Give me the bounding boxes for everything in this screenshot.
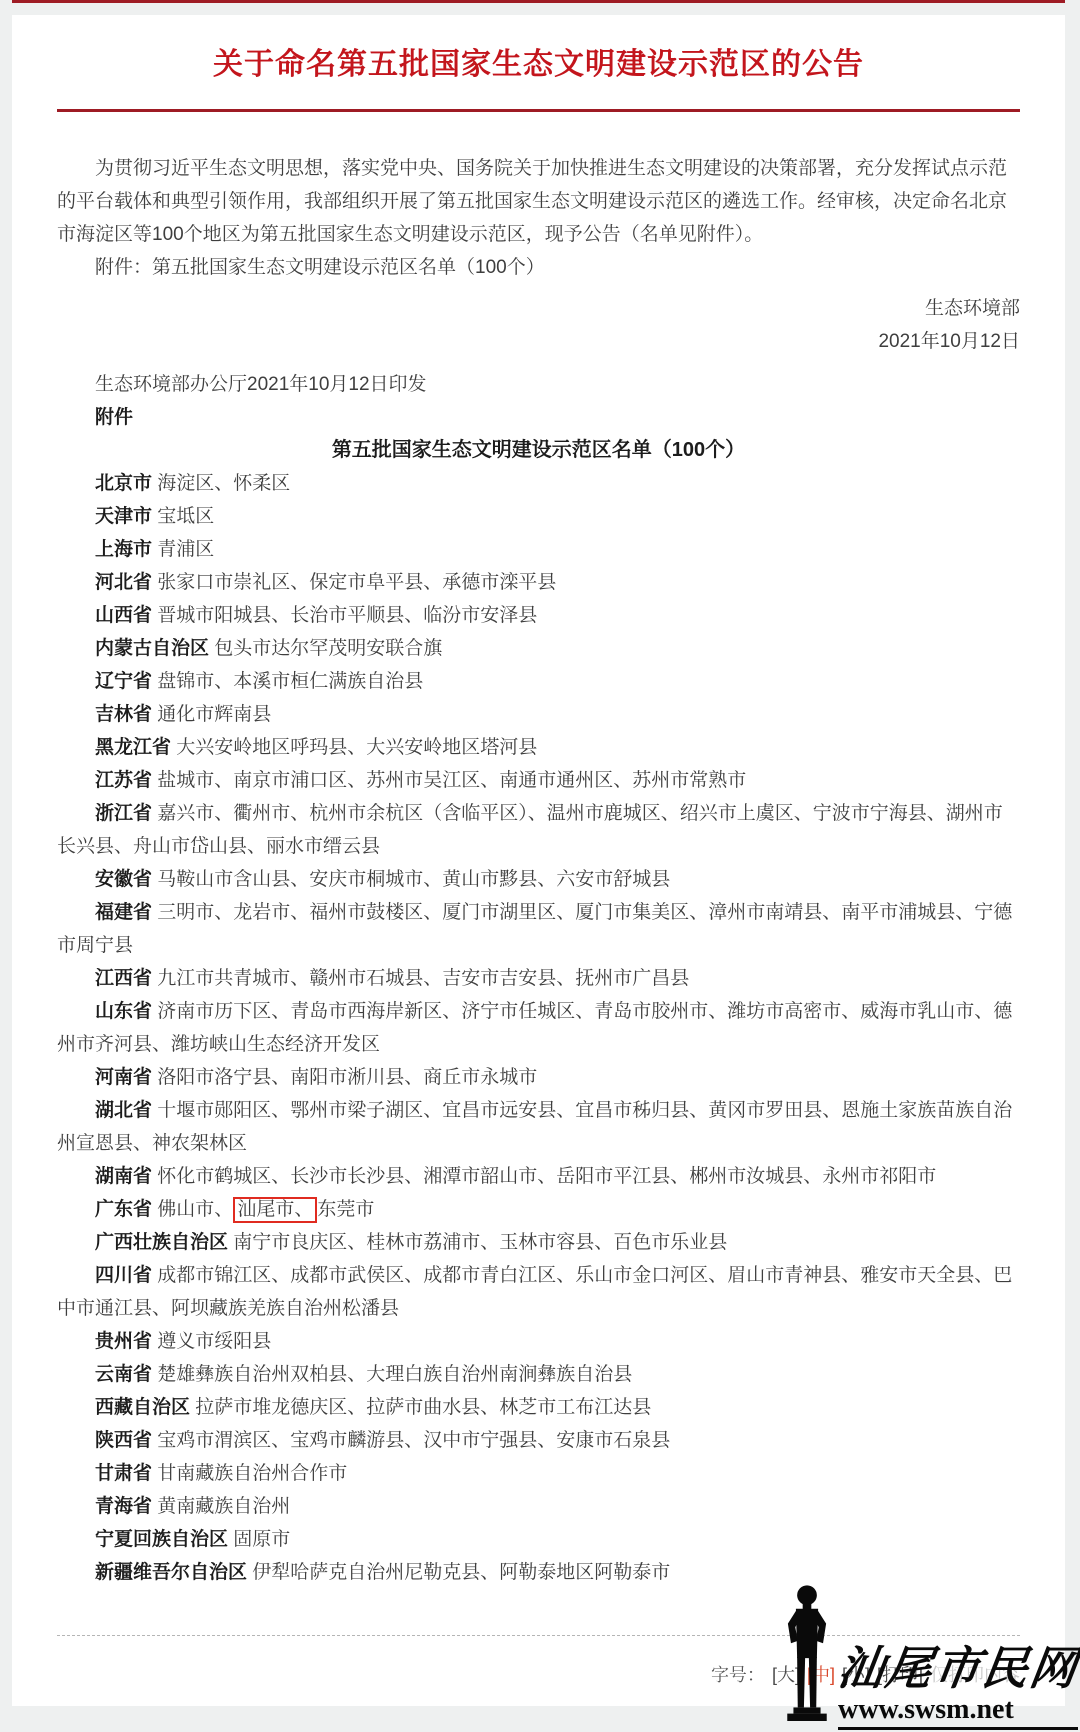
- region-text: 固原市: [233, 1529, 290, 1550]
- signer-name: 生态环境部: [57, 292, 1020, 325]
- province-item: 吉林省 通化市辉南县: [57, 698, 1020, 731]
- region-text: 黄南藏族自治州: [157, 1496, 290, 1517]
- watermark-site-name: 汕尾市民网: [835, 1645, 1080, 1693]
- region-text: 嘉兴市、衢州市、杭州市余杭区（含临平区）、温州市鹿城区、绍兴市上虞区、宁波市宁海…: [57, 803, 1003, 857]
- province-name: 青海省: [95, 1496, 152, 1517]
- province-name: 黑龙江省: [95, 737, 171, 758]
- region-text: 盘锦市、本溪市桓仁满族自治县: [157, 671, 423, 692]
- province-item: 四川省 成都市锦江区、成都市武侯区、成都市青白江区、乐山市金口河区、眉山市青神县…: [57, 1259, 1020, 1325]
- region-text: 怀化市鹤城区、长沙市长沙县、湘潭市韶山市、岳阳市平江县、郴州市汝城县、永州市祁阳…: [157, 1166, 936, 1187]
- region-text: 大兴安岭地区呼玛县、大兴安岭地区塔河县: [176, 737, 537, 758]
- province-name: 上海市: [95, 539, 152, 560]
- page-title: 关于命名第五批国家生态文明建设示范区的公告: [57, 45, 1020, 85]
- province-name: 河北省: [95, 572, 152, 593]
- province-name: 甘肃省: [95, 1463, 152, 1484]
- region-text: 济南市历下区、青岛市西海岸新区、济宁市任城区、青岛市胶州市、潍坊市高密市、威海市…: [57, 1001, 1012, 1055]
- province-item: 陕西省 宝鸡市渭滨区、宝鸡市麟游县、汉中市宁强县、安康市石泉县: [57, 1424, 1020, 1457]
- print-note: 生态环境部办公厅2021年10月12日印发: [57, 368, 1020, 401]
- province-name: 天津市: [95, 506, 152, 527]
- region-text: 南宁市良庆区、桂林市荔浦市、玉林市容县、百色市乐业县: [233, 1232, 727, 1253]
- province-item: 北京市 海淀区、怀柔区: [57, 467, 1020, 500]
- province-name: 云南省: [95, 1364, 152, 1385]
- province-name: 北京市: [95, 473, 152, 494]
- province-item: 天津市 宝坻区: [57, 500, 1020, 533]
- province-item: 广西壮族自治区 南宁市良庆区、桂林市荔浦市、玉林市容县、百色市乐业县: [57, 1226, 1020, 1259]
- province-list: 北京市 海淀区、怀柔区天津市 宝坻区上海市 青浦区河北省 张家口市崇礼区、保定市…: [57, 467, 1020, 1589]
- region-text: 十堰市郧阳区、鄂州市梁子湖区、宜昌市远安县、宜昌市秭归县、黄冈市罗田县、恩施土家…: [57, 1100, 1012, 1154]
- province-name: 山东省: [95, 1001, 152, 1022]
- province-item: 江西省 九江市共青城市、赣州市石城县、吉安市吉安县、抚州市广昌县: [57, 962, 1020, 995]
- attachment-label: 附件: [57, 401, 1020, 434]
- person-silhouette-icon: [770, 1562, 844, 1732]
- province-item: 安徽省 马鞍山市含山县、安庆市桐城市、黄山市黟县、六安市舒城县: [57, 863, 1020, 896]
- province-name: 江西省: [95, 968, 152, 989]
- region-text: 伊犁哈萨克自治州尼勒克县、阿勒泰地区阿勒泰市: [252, 1562, 670, 1583]
- province-name: 广西壮族自治区: [95, 1232, 228, 1253]
- province-name: 四川省: [95, 1265, 152, 1286]
- province-name: 安徽省: [95, 869, 152, 890]
- watermark-site-url: www.swsm.net: [838, 1693, 1078, 1730]
- list-title: 第五批国家生态文明建设示范区名单（100个）: [57, 434, 1020, 467]
- province-name: 湖南省: [95, 1166, 152, 1187]
- highlighted-region: 汕尾市、: [233, 1197, 317, 1223]
- region-text: 东莞市: [317, 1199, 374, 1220]
- signature-block: 生态环境部 2021年10月12日: [57, 292, 1020, 358]
- region-text: 楚雄彝族自治州双柏县、大理白族自治州南涧彝族自治县: [157, 1364, 632, 1385]
- region-text: 成都市锦江区、成都市武侯区、成都市青白江区、乐山市金口河区、眉山市青神县、雅安市…: [57, 1265, 1012, 1319]
- province-name: 吉林省: [95, 704, 152, 725]
- top-red-rule: [12, 0, 1065, 3]
- province-name: 西藏自治区: [95, 1397, 190, 1418]
- province-name: 河南省: [95, 1067, 152, 1088]
- font-size-label: 字号：: [711, 1665, 765, 1685]
- province-item: 浙江省 嘉兴市、衢州市、杭州市余杭区（含临平区）、温州市鹿城区、绍兴市上虞区、宁…: [57, 797, 1020, 863]
- province-item: 广东省 佛山市、汕尾市、东莞市: [57, 1193, 1020, 1226]
- region-text: 晋城市阳城县、长治市平顺县、临汾市安泽县: [157, 605, 537, 626]
- watermark-text: 汕尾市民网 www.swsm.net: [838, 1645, 1078, 1732]
- region-text: 宝鸡市渭滨区、宝鸡市麟游县、汉中市宁强县、安康市石泉县: [157, 1430, 670, 1451]
- intro-paragraph: 为贯彻习近平生态文明思想，落实党中央、国务院关于加快推进生态文明建设的决策部署，…: [57, 152, 1020, 251]
- region-text: 三明市、龙岩市、福州市鼓楼区、厦门市湖里区、厦门市集美区、漳州市南靖县、南平市浦…: [57, 902, 1012, 956]
- province-item: 青海省 黄南藏族自治州: [57, 1490, 1020, 1523]
- region-text: 遵义市绥阳县: [157, 1331, 271, 1352]
- title-divider: [57, 109, 1020, 112]
- region-text: 通化市辉南县: [157, 704, 271, 725]
- province-item: 江苏省 盐城市、南京市浦口区、苏州市吴江区、南通市通州区、苏州市常熟市: [57, 764, 1020, 797]
- province-item: 山东省 济南市历下区、青岛市西海岸新区、济宁市任城区、青岛市胶州市、潍坊市高密市…: [57, 995, 1020, 1061]
- province-name: 宁夏回族自治区: [95, 1529, 228, 1550]
- region-text: 盐城市、南京市浦口区、苏州市吴江区、南通市通州区、苏州市常熟市: [157, 770, 746, 791]
- region-text: 海淀区、怀柔区: [157, 473, 290, 494]
- region-text: 洛阳市洛宁县、南阳市淅川县、商丘市永城市: [157, 1067, 537, 1088]
- province-item: 西藏自治区 拉萨市堆龙德庆区、拉萨市曲水县、林芝市工布江达县: [57, 1391, 1020, 1424]
- province-name: 江苏省: [95, 770, 152, 791]
- province-name: 湖北省: [95, 1100, 152, 1121]
- province-name: 广东省: [95, 1199, 152, 1220]
- province-item: 宁夏回族自治区 固原市: [57, 1523, 1020, 1556]
- province-name: 内蒙古自治区: [95, 638, 209, 659]
- province-item: 福建省 三明市、龙岩市、福州市鼓楼区、厦门市湖里区、厦门市集美区、漳州市南靖县、…: [57, 896, 1020, 962]
- province-item: 上海市 青浦区: [57, 533, 1020, 566]
- region-text: 包头市达尔罕茂明安联合旗: [214, 638, 442, 659]
- region-text: 九江市共青城市、赣州市石城县、吉安市吉安县、抚州市广昌县: [157, 968, 689, 989]
- region-text: 甘南藏族自治州合作市: [157, 1463, 347, 1484]
- site-watermark: 汕尾市民网 www.swsm.net: [770, 1562, 1078, 1732]
- document-card: 关于命名第五批国家生态文明建设示范区的公告 为贯彻习近平生态文明思想，落实党中央…: [12, 15, 1065, 1706]
- province-name: 浙江省: [95, 803, 152, 824]
- province-item: 河南省 洛阳市洛宁县、南阳市淅川县、商丘市永城市: [57, 1061, 1020, 1094]
- province-item: 湖北省 十堰市郧阳区、鄂州市梁子湖区、宜昌市远安县、宜昌市秭归县、黄冈市罗田县、…: [57, 1094, 1020, 1160]
- province-name: 辽宁省: [95, 671, 152, 692]
- region-text: 佛山市、: [157, 1199, 233, 1220]
- province-item: 辽宁省 盘锦市、本溪市桓仁满族自治县: [57, 665, 1020, 698]
- page-background: { "document": { "title": "关于命名第五批国家生态文明建…: [0, 0, 1080, 1732]
- attachment-ref: 附件：第五批国家生态文明建设示范区名单（100个）: [57, 251, 1020, 284]
- province-item: 内蒙古自治区 包头市达尔罕茂明安联合旗: [57, 632, 1020, 665]
- province-name: 新疆维吾尔自治区: [95, 1562, 247, 1583]
- province-item: 黑龙江省 大兴安岭地区呼玛县、大兴安岭地区塔河县: [57, 731, 1020, 764]
- region-text: 青浦区: [157, 539, 214, 560]
- province-item: 甘肃省 甘南藏族自治州合作市: [57, 1457, 1020, 1490]
- province-name: 贵州省: [95, 1331, 152, 1352]
- province-name: 山西省: [95, 605, 152, 626]
- region-text: 宝坻区: [157, 506, 214, 527]
- province-item: 云南省 楚雄彝族自治州双柏县、大理白族自治州南涧彝族自治县: [57, 1358, 1020, 1391]
- province-item: 贵州省 遵义市绥阳县: [57, 1325, 1020, 1358]
- region-text: 拉萨市堆龙德庆区、拉萨市曲水县、林芝市工布江达县: [195, 1397, 651, 1418]
- region-text: 马鞍山市含山县、安庆市桐城市、黄山市黟县、六安市舒城县: [157, 869, 670, 890]
- province-item: 河北省 张家口市崇礼区、保定市阜平县、承德市滦平县: [57, 566, 1020, 599]
- province-item: 山西省 晋城市阳城县、长治市平顺县、临汾市安泽县: [57, 599, 1020, 632]
- sign-date: 2021年10月12日: [57, 325, 1020, 358]
- region-text: 张家口市崇礼区、保定市阜平县、承德市滦平县: [157, 572, 556, 593]
- province-name: 福建省: [95, 902, 152, 923]
- province-item: 湖南省 怀化市鹤城区、长沙市长沙县、湘潭市韶山市、岳阳市平江县、郴州市汝城县、永…: [57, 1160, 1020, 1193]
- province-name: 陕西省: [95, 1430, 152, 1451]
